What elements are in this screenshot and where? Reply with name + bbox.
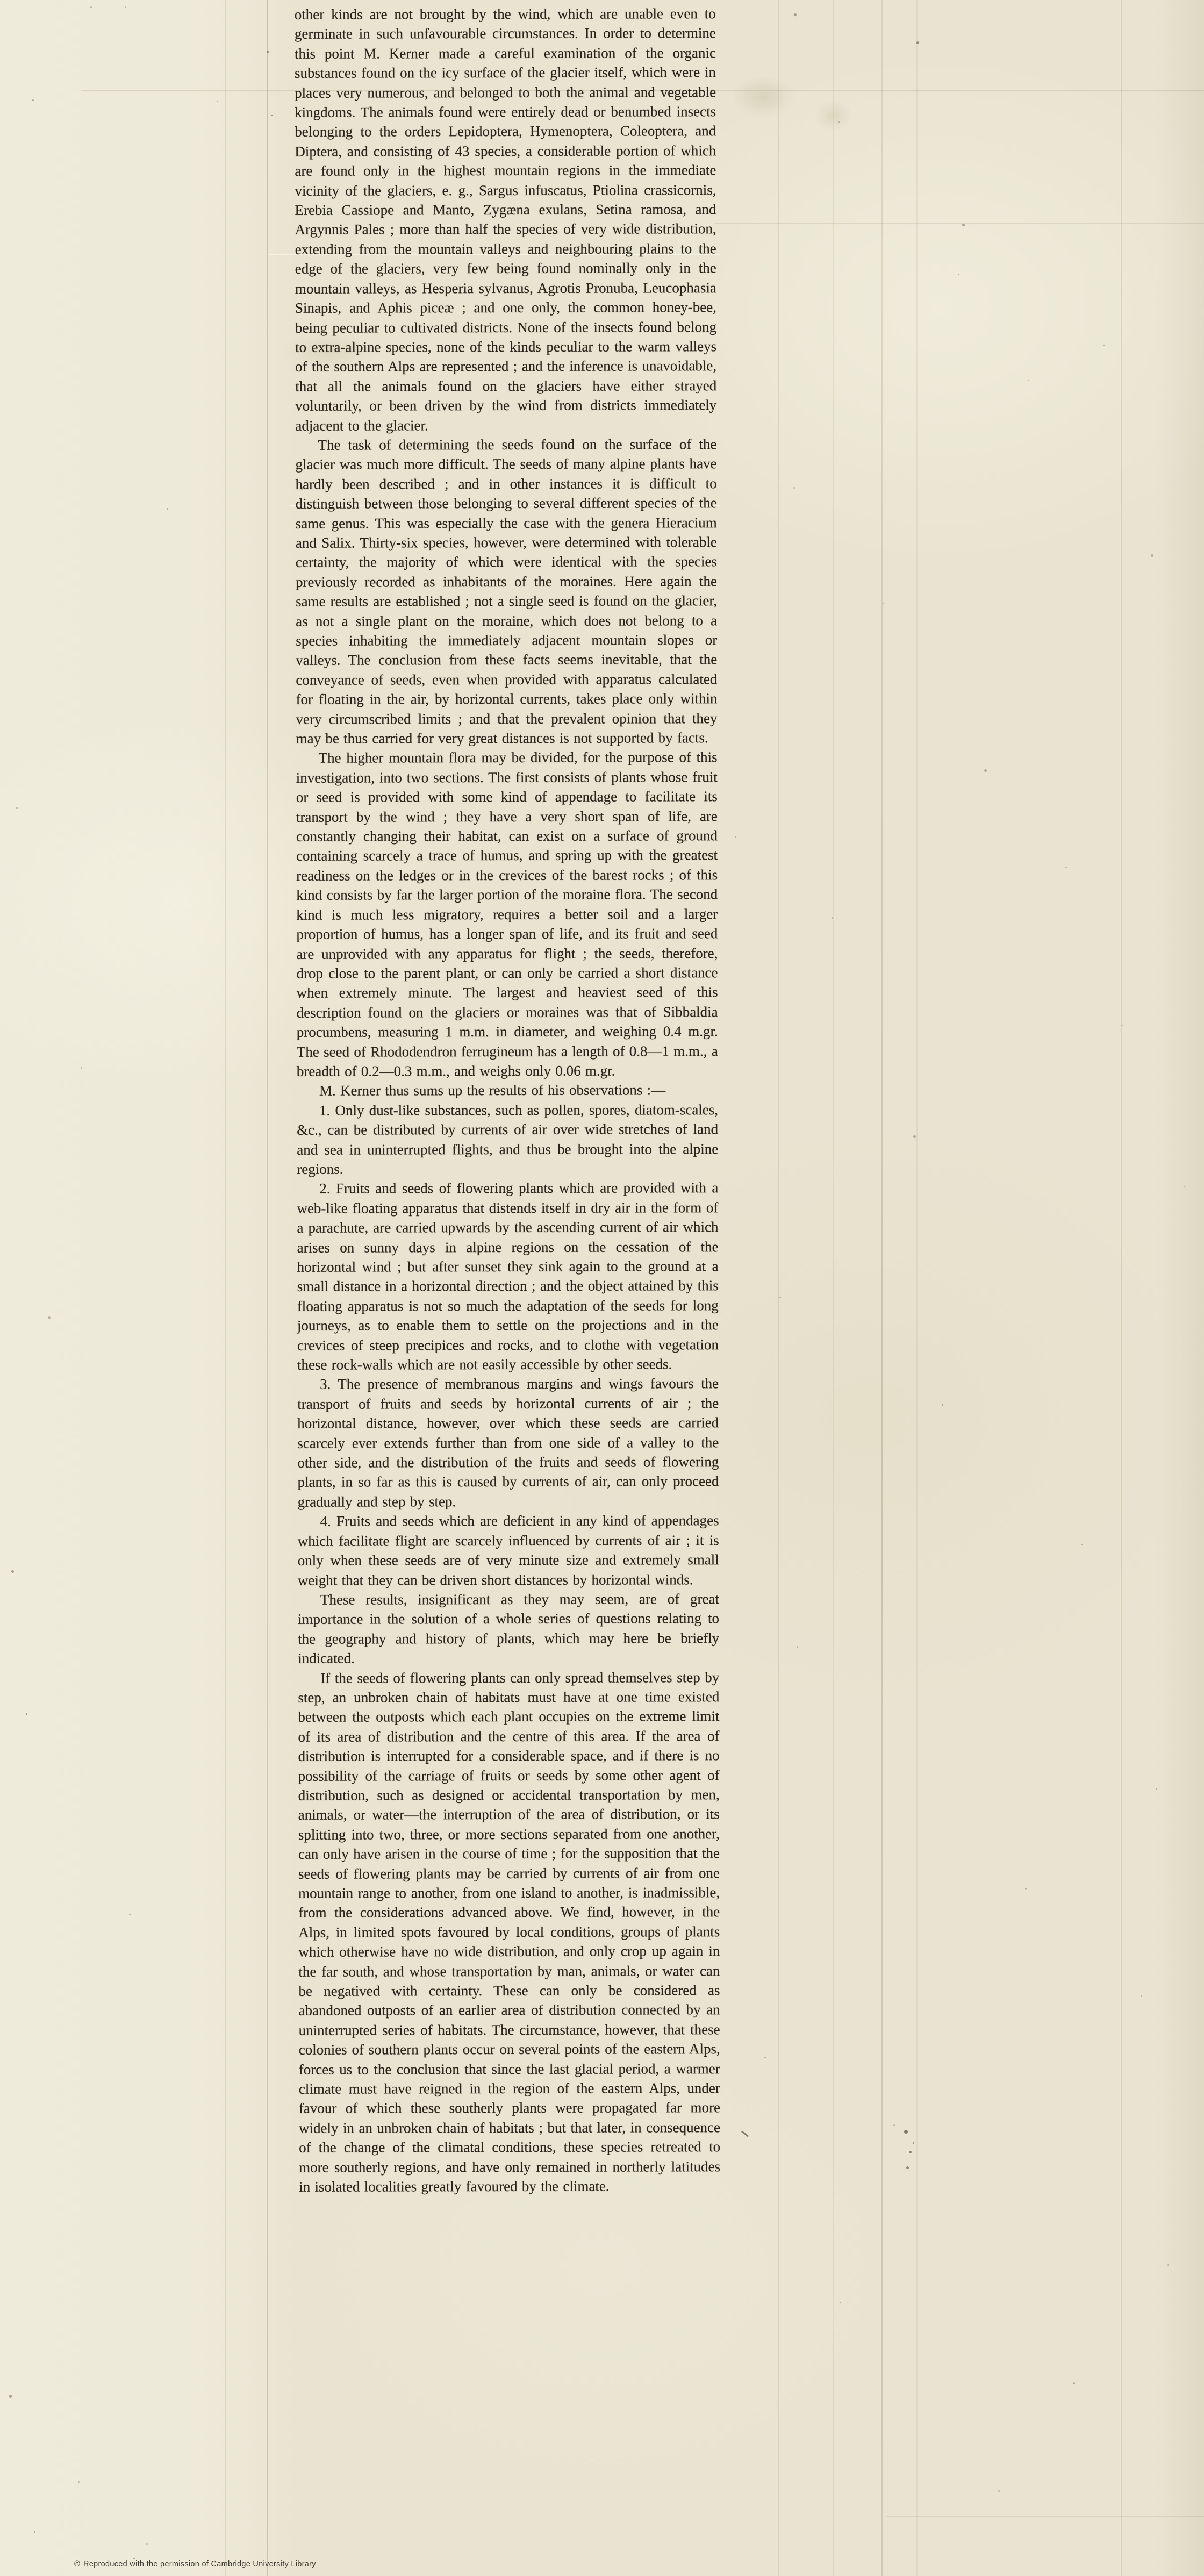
scan-streak-vertical — [833, 0, 834, 2576]
page-text-column: other kinds are not brought by the wind,… — [295, 4, 721, 2196]
scan-crease-horizontal — [886, 2516, 1204, 2517]
paragraph-continuation: other kinds are not brought by the wind,… — [295, 4, 717, 435]
scan-crease-vertical-right — [881, 0, 883, 2576]
copyright-notice: ©Reproduced with the permission of Cambr… — [74, 2560, 316, 2568]
paragraph-distribution-conclusion: If the seeds of flowering plants can onl… — [298, 1668, 720, 2197]
scan-streak-vertical — [778, 0, 779, 2576]
paragraph-seeds-task: The task of determining the seeds found … — [295, 434, 717, 748]
scan-streak-vertical — [916, 0, 918, 2576]
paper-smudge — [814, 99, 852, 132]
list-item-2: 2. Fruits and seeds of flowering plants … — [297, 1178, 719, 1375]
copyright-text: Reproduced with the permission of Cambri… — [83, 2560, 316, 2568]
paragraph-results-importance: These results, insignificant as they may… — [298, 1589, 719, 1668]
copyright-icon: © — [74, 2560, 80, 2568]
scan-streak-vertical — [225, 0, 226, 2576]
ink-mark — [741, 2130, 749, 2137]
scan-streak-vertical — [1121, 0, 1122, 2576]
list-item-3: 3. The presence of membranous margins an… — [297, 1374, 719, 1512]
list-item-1: 1. Only dust-like substances, such as po… — [297, 1100, 718, 1179]
scan-crease-horizontal — [715, 223, 1204, 224]
scan-crease-vertical-left — [267, 0, 268, 2576]
paragraph-mountain-flora: The higher mountain flora may be divided… — [296, 748, 718, 1082]
paper-smudge — [731, 75, 795, 118]
paper-noise-specks — [0, 0, 2, 2]
scanned-book-page: other kinds are not brought by the wind,… — [0, 0, 1204, 2576]
list-item-4: 4. Fruits and seeds which are deficient … — [298, 1511, 719, 1590]
paragraph-kerner-summary: M. Kerner thus sums up the results of hi… — [297, 1081, 718, 1101]
